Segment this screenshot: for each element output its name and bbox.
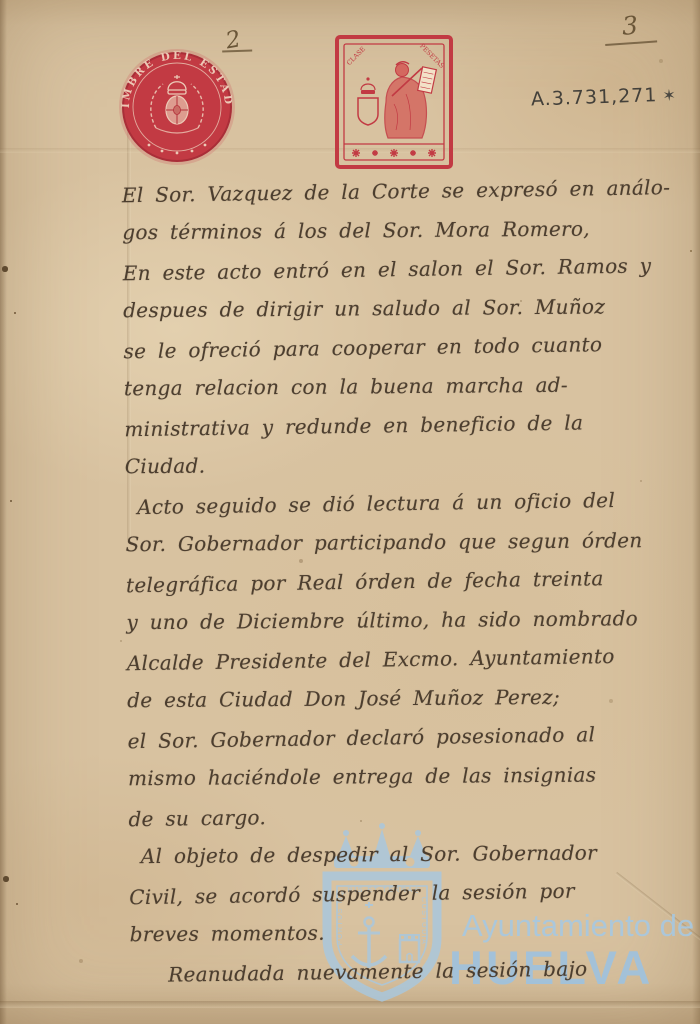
- manuscript-line: El Sor. Vazquez de la Corte se expresó e…: [122, 168, 695, 215]
- manuscript-line: se le ofreció para cooperar en todo cuan…: [123, 324, 696, 371]
- manuscript-text: El Sor. Vazquez de la Corte se expresó e…: [122, 169, 700, 994]
- manuscript-line: breves momentos.: [130, 911, 700, 954]
- manuscript-line: de su cargo.: [128, 792, 700, 839]
- manuscript-line: Al objeto de despedir al Sor. Gobernador: [129, 833, 700, 876]
- manuscript-line: Sor. Gobernador participando que segun ó…: [125, 521, 697, 564]
- manuscript-line: despues de dirigir un saludo al Sor. Muñ…: [123, 287, 695, 330]
- manuscript-line: el Sor. Gobernador declaró posesionado a…: [127, 714, 700, 761]
- timbre-del-estado-stamp-icon: TIMBRE DEL ESTADO: [116, 46, 238, 168]
- serial-number: A.3.731,271✶: [531, 83, 677, 110]
- manuscript-line: gos términos á los del Sor. Mora Romero,: [122, 209, 694, 252]
- paper-edge-left: [0, 0, 7, 1024]
- svg-text:CLASE: CLASE: [345, 45, 367, 67]
- document-page: 2 3 TIMBRE DEL ESTADO: [0, 0, 700, 1024]
- manuscript-line: Reanudada nuevamente la sesión bajo: [130, 948, 700, 995]
- svg-text:PESETAS: PESETAS: [418, 42, 446, 70]
- manuscript-line: de esta Ciudad Don José Muñoz Perez;: [127, 677, 699, 720]
- paper-specks: [0, 0, 2, 2]
- manuscript-line: Alcalde Presidente del Excmo. Ayuntamien…: [127, 636, 700, 683]
- serial-number-text: A.3.731,271: [531, 84, 658, 110]
- manuscript-line: telegráfica por Real órden de fecha trei…: [126, 558, 699, 605]
- manuscript-line: mismo haciéndole entrega de las insignia…: [128, 755, 700, 798]
- page-number-right-digit: 3: [621, 11, 639, 41]
- manuscript-line: Acto seguido se dió lectura á un oficio …: [125, 480, 698, 527]
- manuscript-line: En este acto entró en el salon el Sor. R…: [122, 246, 695, 293]
- manuscript-line: ministrativa y redunde en beneficio de l…: [124, 402, 697, 449]
- page-number-right: 3: [621, 8, 675, 43]
- serial-star-icon: ✶: [662, 85, 677, 104]
- fiscal-stamp-icon: CLASE PESETAS: [334, 34, 454, 170]
- pen-stroke: [605, 40, 657, 46]
- manuscript-line: Civil, se acordó suspender la sesión por: [129, 870, 700, 917]
- manuscript-line: y uno de Diciembre último, ha sido nombr…: [126, 599, 698, 642]
- manuscript-line: tenga relacion con la buena marcha ad-: [124, 365, 696, 408]
- manuscript-line: Ciudad.: [125, 443, 697, 486]
